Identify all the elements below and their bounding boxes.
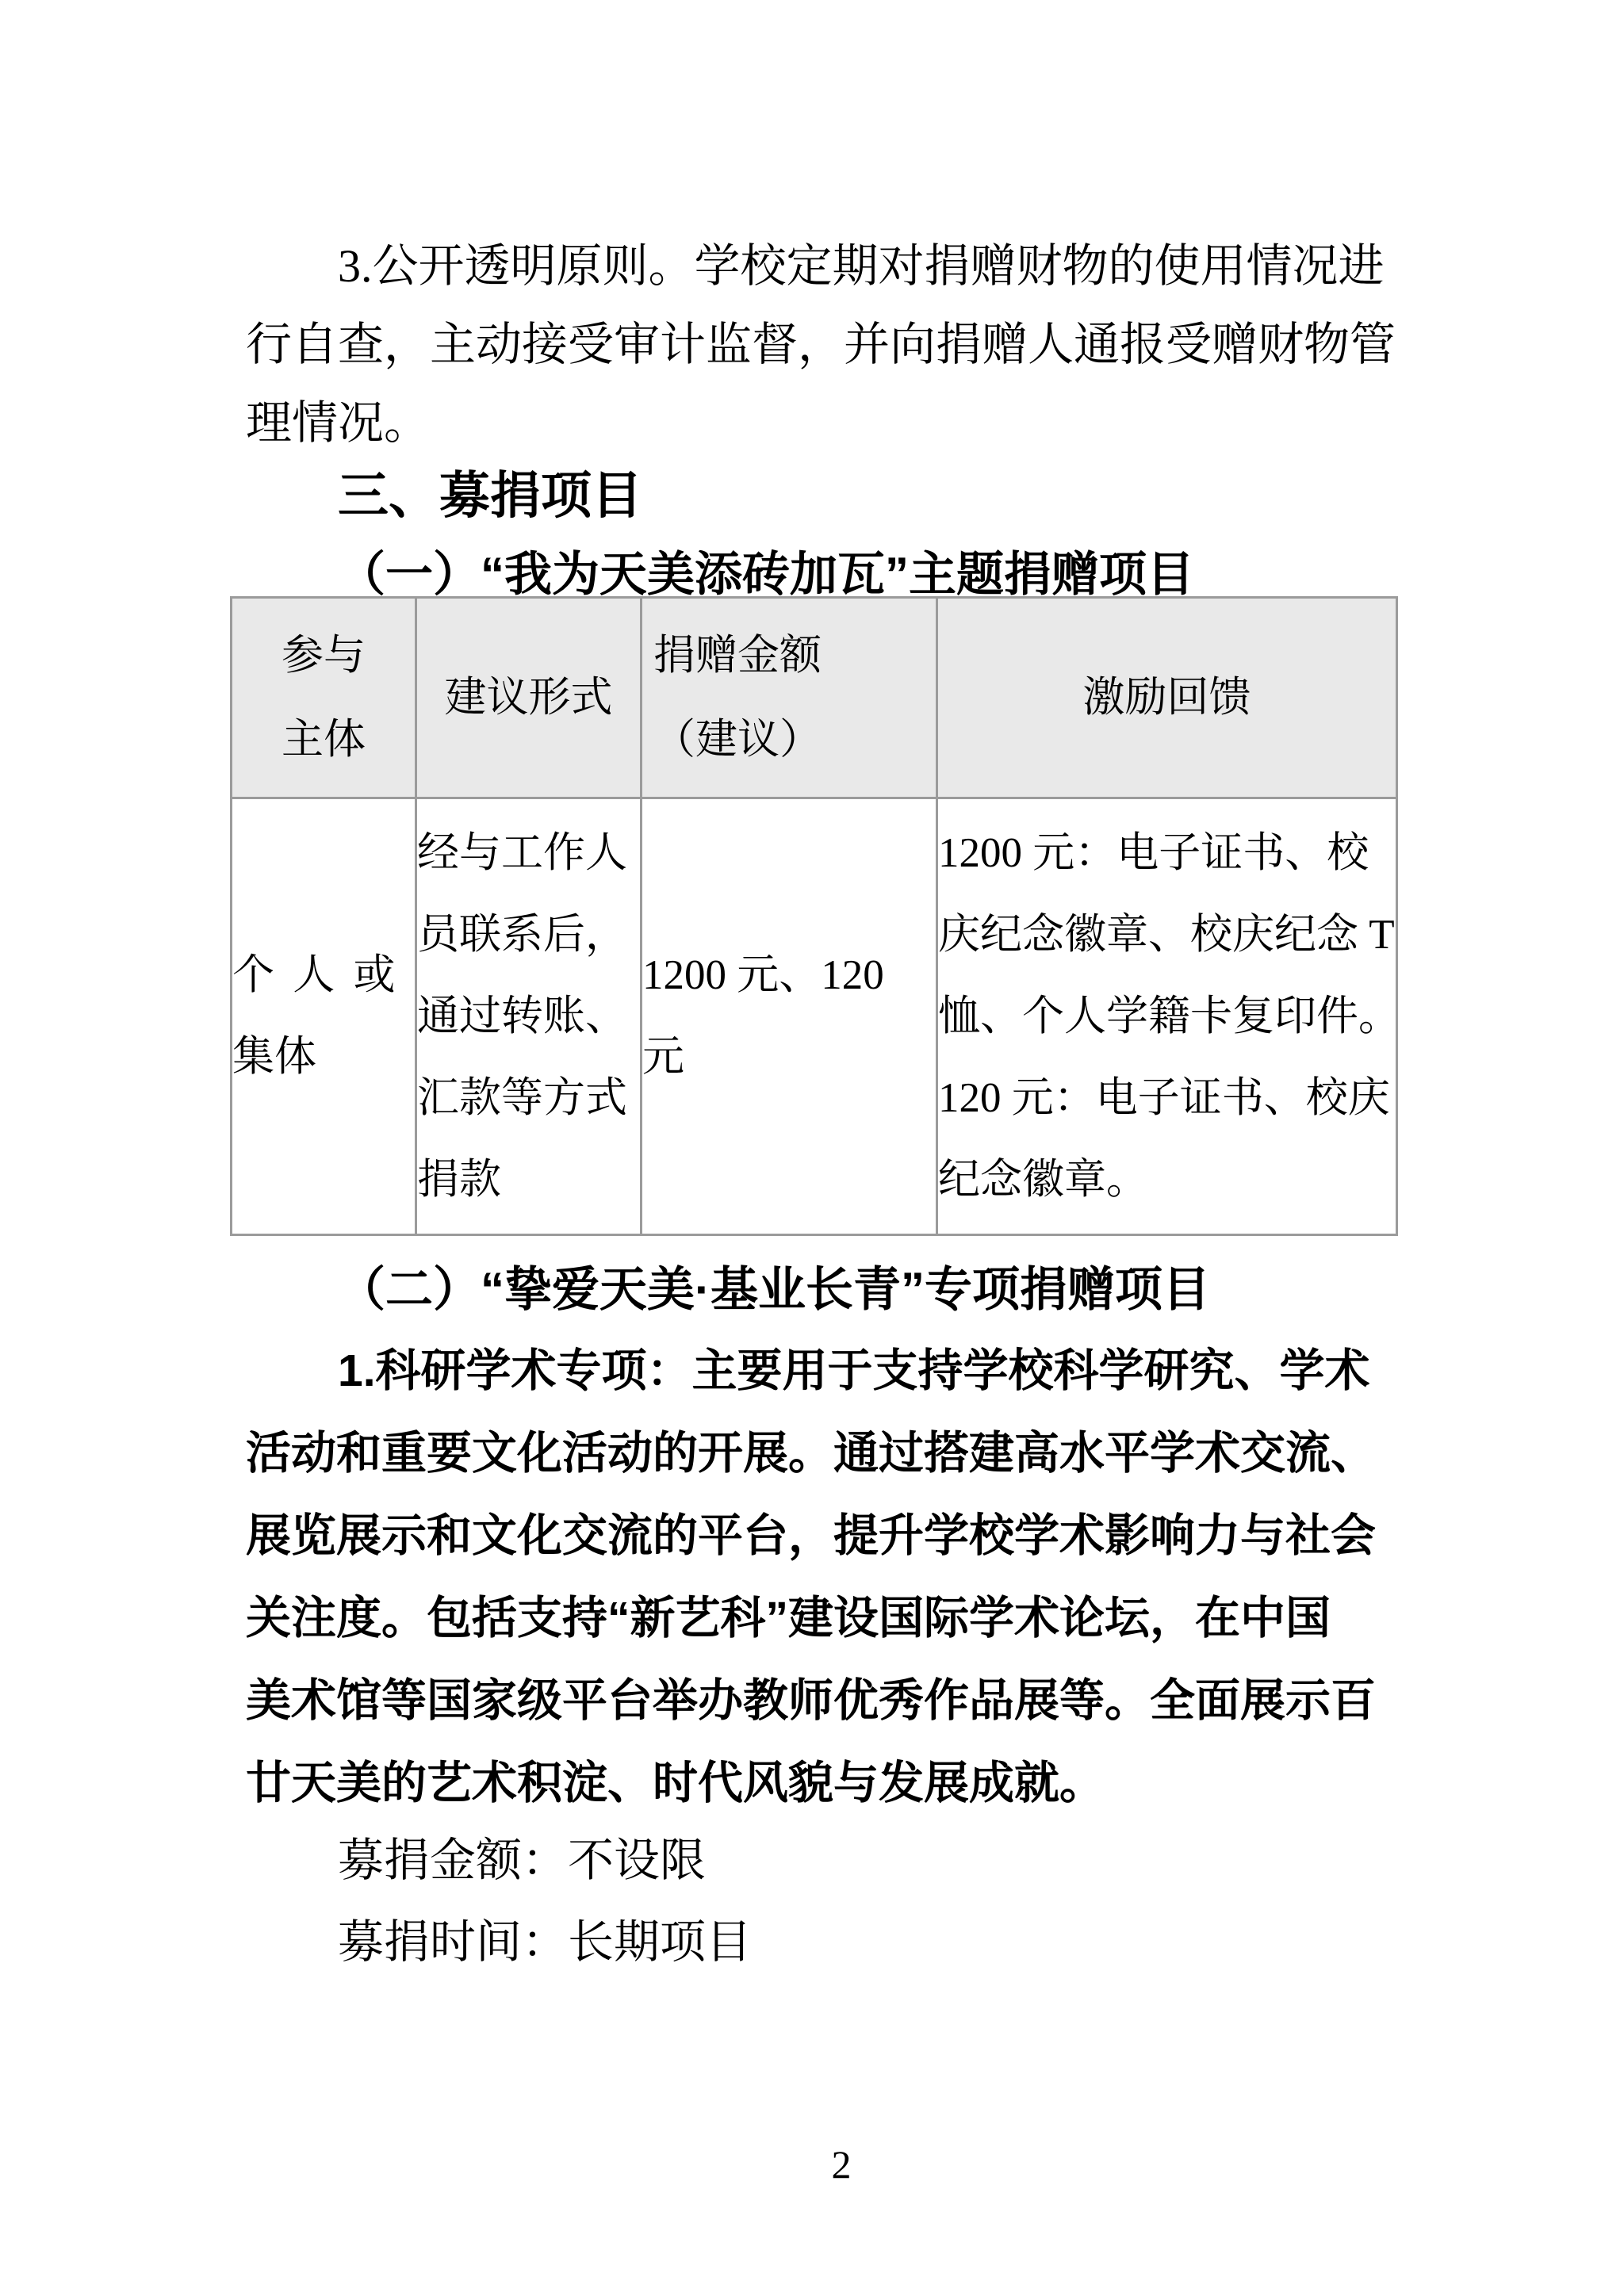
cell-method-line-1: 经与工作人: [417, 813, 640, 894]
paragraph-research-line-2: 活动和重要文化活动的开展。通过搭建高水平学术交流、: [246, 1412, 1411, 1494]
donation-table-header: 参与 主体 建议形式 捐赠金额 （建议） 激励回馈: [232, 598, 1397, 798]
header-participant-line-2: 主体: [232, 698, 415, 782]
cell-method-line-5: 捐款: [417, 1139, 640, 1221]
header-amount-line-1: 捐赠金额: [653, 614, 936, 698]
table-row: 个 人 或 集体 经与工作人 员联系后， 通过转账、 汇款等方式 捐款 1200…: [232, 798, 1397, 1235]
paragraph-transparency-line-2: 行自查，主动接受审计监督，并向捐赠人通报受赠财物管: [246, 305, 1411, 384]
paragraph-research-fund: 1.科研学术专项：主要用于支持学校科学研究、学术 活动和重要文化活动的开展。通过…: [246, 1330, 1411, 1824]
cell-reward-line-4: 120 元：电子证书、校庆: [938, 1058, 1396, 1139]
cell-method-line-4: 汇款等方式: [417, 1058, 640, 1139]
paragraph-research-line-5: 美术馆等国家级平台举办教师优秀作品展等。全面展示百: [246, 1659, 1411, 1742]
fundraising-amount-line: 募捐金额：不设限: [246, 1821, 1503, 1900]
donation-table: 参与 主体 建议形式 捐赠金额 （建议） 激励回馈 个 人 或 集体 经与工作人: [230, 596, 1398, 1236]
header-cell-participant: 参与 主体: [232, 598, 416, 798]
cell-participant-line-2: 集体: [232, 1016, 415, 1098]
paragraph-transparency: 3.公开透明原则。学校定期对捐赠财物的使用情况进 行自查，主动接受审计监督，并向…: [246, 227, 1411, 462]
document-page: 3.公开透明原则。学校定期对捐赠财物的使用情况进 行自查，主动接受审计监督，并向…: [0, 0, 1624, 2296]
cell-reward-line-3: 恤、个人学籍卡复印件。: [938, 976, 1396, 1058]
cell-participant-line-1: 个 人 或: [232, 935, 415, 1016]
header-row: 参与 主体 建议形式 捐赠金额 （建议） 激励回馈: [232, 598, 1397, 798]
paragraph-research-line-3: 展览展示和文化交流的平台，提升学校学术影响力与社会: [246, 1494, 1411, 1577]
cell-method-line-2: 员联系后，: [417, 894, 640, 976]
cell-reward-line-1: 1200 元：电子证书、校: [938, 813, 1396, 894]
cell-method: 经与工作人 员联系后， 通过转账、 汇款等方式 捐款: [416, 798, 642, 1235]
donation-table-body: 个 人 或 集体 经与工作人 员联系后， 通过转账、 汇款等方式 捐款 1200…: [232, 798, 1397, 1235]
header-participant-line-1: 参与: [232, 614, 415, 698]
cell-amount: 1200 元、120 元: [642, 798, 937, 1235]
header-cell-method: 建议形式: [416, 598, 642, 798]
page-number: 2: [0, 2141, 1624, 2188]
paragraph-research-line-1: 1.科研学术专项：主要用于支持学校科学研究、学术: [246, 1330, 1411, 1412]
paragraph-research-line-4: 关注度。包括支持“新艺科”建设国际学术论坛，在中国: [246, 1577, 1411, 1659]
section-heading-fundraising-projects: 三、募捐项目: [246, 457, 1503, 535]
paragraph-research-line-6: 廿天美的艺术积淀、时代风貌与发展成就。: [246, 1742, 1411, 1824]
header-cell-amount: 捐赠金额 （建议）: [642, 598, 937, 798]
header-cell-reward: 激励回馈: [937, 598, 1397, 798]
cell-reward: 1200 元：电子证书、校 庆纪念徽章、校庆纪念 T 恤、个人学籍卡复印件。 1…: [937, 798, 1397, 1235]
subheading-special-donation-project: （二）“挚爱天美·基业长青”专项捐赠项目: [246, 1250, 1503, 1329]
paragraph-transparency-line-1: 3.公开透明原则。学校定期对捐赠财物的使用情况进: [246, 227, 1411, 305]
cell-method-line-3: 通过转账、: [417, 976, 640, 1058]
paragraph-transparency-line-3: 理情况。: [246, 384, 1411, 462]
header-amount-line-2: （建议）: [653, 698, 936, 782]
cell-reward-line-2: 庆纪念徽章、校庆纪念 T: [938, 894, 1396, 976]
fundraising-time-line: 募捐时间：长期项目: [246, 1903, 1503, 1982]
cell-participant: 个 人 或 集体: [232, 798, 416, 1235]
cell-reward-line-5: 纪念徽章。: [938, 1139, 1396, 1221]
